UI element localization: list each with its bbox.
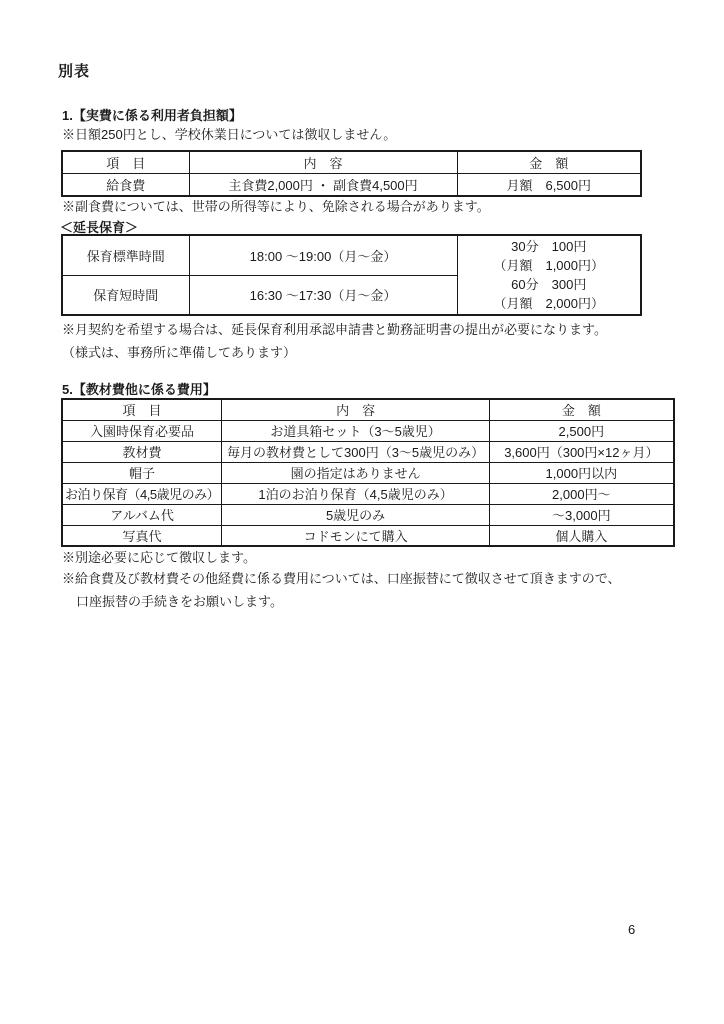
table-header-row: 項 目 内 容 金 額 [62,399,674,420]
header-amount: 金 額 [457,151,641,173]
table-row: アルバム代 5歳児のみ ～3,000円 [62,504,674,525]
section1-note-daily: ※日額250円とし、学校休業日については徴収しません。 [62,127,396,143]
header-item: 項 目 [62,399,222,420]
table-row: お泊り保育（4,5歳児のみ） 1泊のお泊り保育（4,5歳児のみ） 2,000円～ [62,483,674,504]
header-item: 項 目 [62,151,189,173]
cell-amount: 個人購入 [490,525,674,546]
amount-line: 30分 100円 [460,237,639,256]
cell-item: 入園時保育必要品 [62,420,222,441]
cell-amount: 月額 6,500円 [457,173,641,196]
header-content: 内 容 [222,399,490,420]
extended-care-note-contract: ※月契約を希望する場合は、延長保育利用承認申請書と勤務証明書の提出が必要になりま… [62,322,607,338]
extended-care-table: 保育標準時間 18:00 ～19:00（月～金） 30分 100円 （月額 1,… [61,234,642,316]
materials-table: 項 目 内 容 金 額 入園時保育必要品 お道具箱セット（3～5歳児） 2,50… [61,398,675,547]
amount-line: （月額 1,000円） [460,256,639,275]
amount-line: （月額 2,000円） [460,294,639,313]
table-row: 保育標準時間 18:00 ～19:00（月～金） 30分 100円 （月額 1,… [62,235,641,275]
cell-content: 16:30 ～17:30（月～金） [189,275,457,315]
header-content: 内 容 [189,151,457,173]
header-amount: 金 額 [490,399,674,420]
table-row: 給食費 主食費2,000円 ・ 副食費4,500円 月額 6,500円 [62,173,641,196]
cell-content: 園の指定はありません [222,462,490,483]
cell-item: アルバム代 [62,504,222,525]
cell-amount: 3,600円（300円×12ヶ月） [490,441,674,462]
cell-item: お泊り保育（4,5歳児のみ） [62,483,222,504]
table-row: 入園時保育必要品 お道具箱セット（3～5歳児） 2,500円 [62,420,674,441]
cell-content: 毎月の教材費として300円（3～5歳児のみ） [222,441,490,462]
cell-item: 給食費 [62,173,189,196]
cell-content: 18:00 ～19:00（月～金） [189,235,457,275]
table-row: 教材費 毎月の教材費として300円（3～5歳児のみ） 3,600円（300円×1… [62,441,674,462]
table-row: 帽子 園の指定はありません 1,000円以内 [62,462,674,483]
cell-amount: 1,000円以内 [490,462,674,483]
cell-amount: 2,500円 [490,420,674,441]
section5-heading: 5.【教材費他に係る費用】 [62,379,216,398]
cell-item: 保育標準時間 [62,235,189,275]
cell-content: 1泊のお泊り保育（4,5歳児のみ） [222,483,490,504]
cell-amount: ～3,000円 [490,504,674,525]
document-page: 別表 1.【実費に係る利用者負担額】 ※日額250円とし、学校休業日については徴… [0,0,724,1024]
cell-content: お道具箱セット（3～5歳児） [222,420,490,441]
page-title: 別表 [58,60,90,81]
cell-amount-merged: 30分 100円 （月額 1,000円） 60分 300円 （月額 2,000円… [457,235,641,315]
cell-content: コドモンにて購入 [222,525,490,546]
extended-care-note-form: （様式は、事務所に準備してあります） [62,345,296,361]
section1-note-exemption: ※副食費については、世帯の所得等により、免除される場合があります。 [62,199,490,215]
page-number: 6 [628,922,635,937]
table-row: 写真代 コドモンにて購入 個人購入 [62,525,674,546]
section5-note-bank-transfer: ※給食費及び教材費その他経費に係る費用については、口座振替にて徴収させて頂きます… [62,571,620,587]
cell-item: 写真代 [62,525,222,546]
section1-heading: 1.【実費に係る利用者負担額】 [62,105,242,124]
cell-content: 5歳児のみ [222,504,490,525]
table-header-row: 項 目 内 容 金 額 [62,151,641,173]
meal-fee-table: 項 目 内 容 金 額 給食費 主食費2,000円 ・ 副食費4,500円 月額… [61,150,642,197]
cell-amount: 2,000円～ [490,483,674,504]
section5-note-collection: ※別途必要に応じて徴収します。 [62,550,256,566]
amount-line: 60分 300円 [460,275,639,294]
cell-item: 帽子 [62,462,222,483]
section5-note-bank-transfer-cont: 口座振替の手続きをお願いします。 [76,594,283,610]
cell-item: 教材費 [62,441,222,462]
cell-item: 保育短時間 [62,275,189,315]
cell-content: 主食費2,000円 ・ 副食費4,500円 [189,173,457,196]
